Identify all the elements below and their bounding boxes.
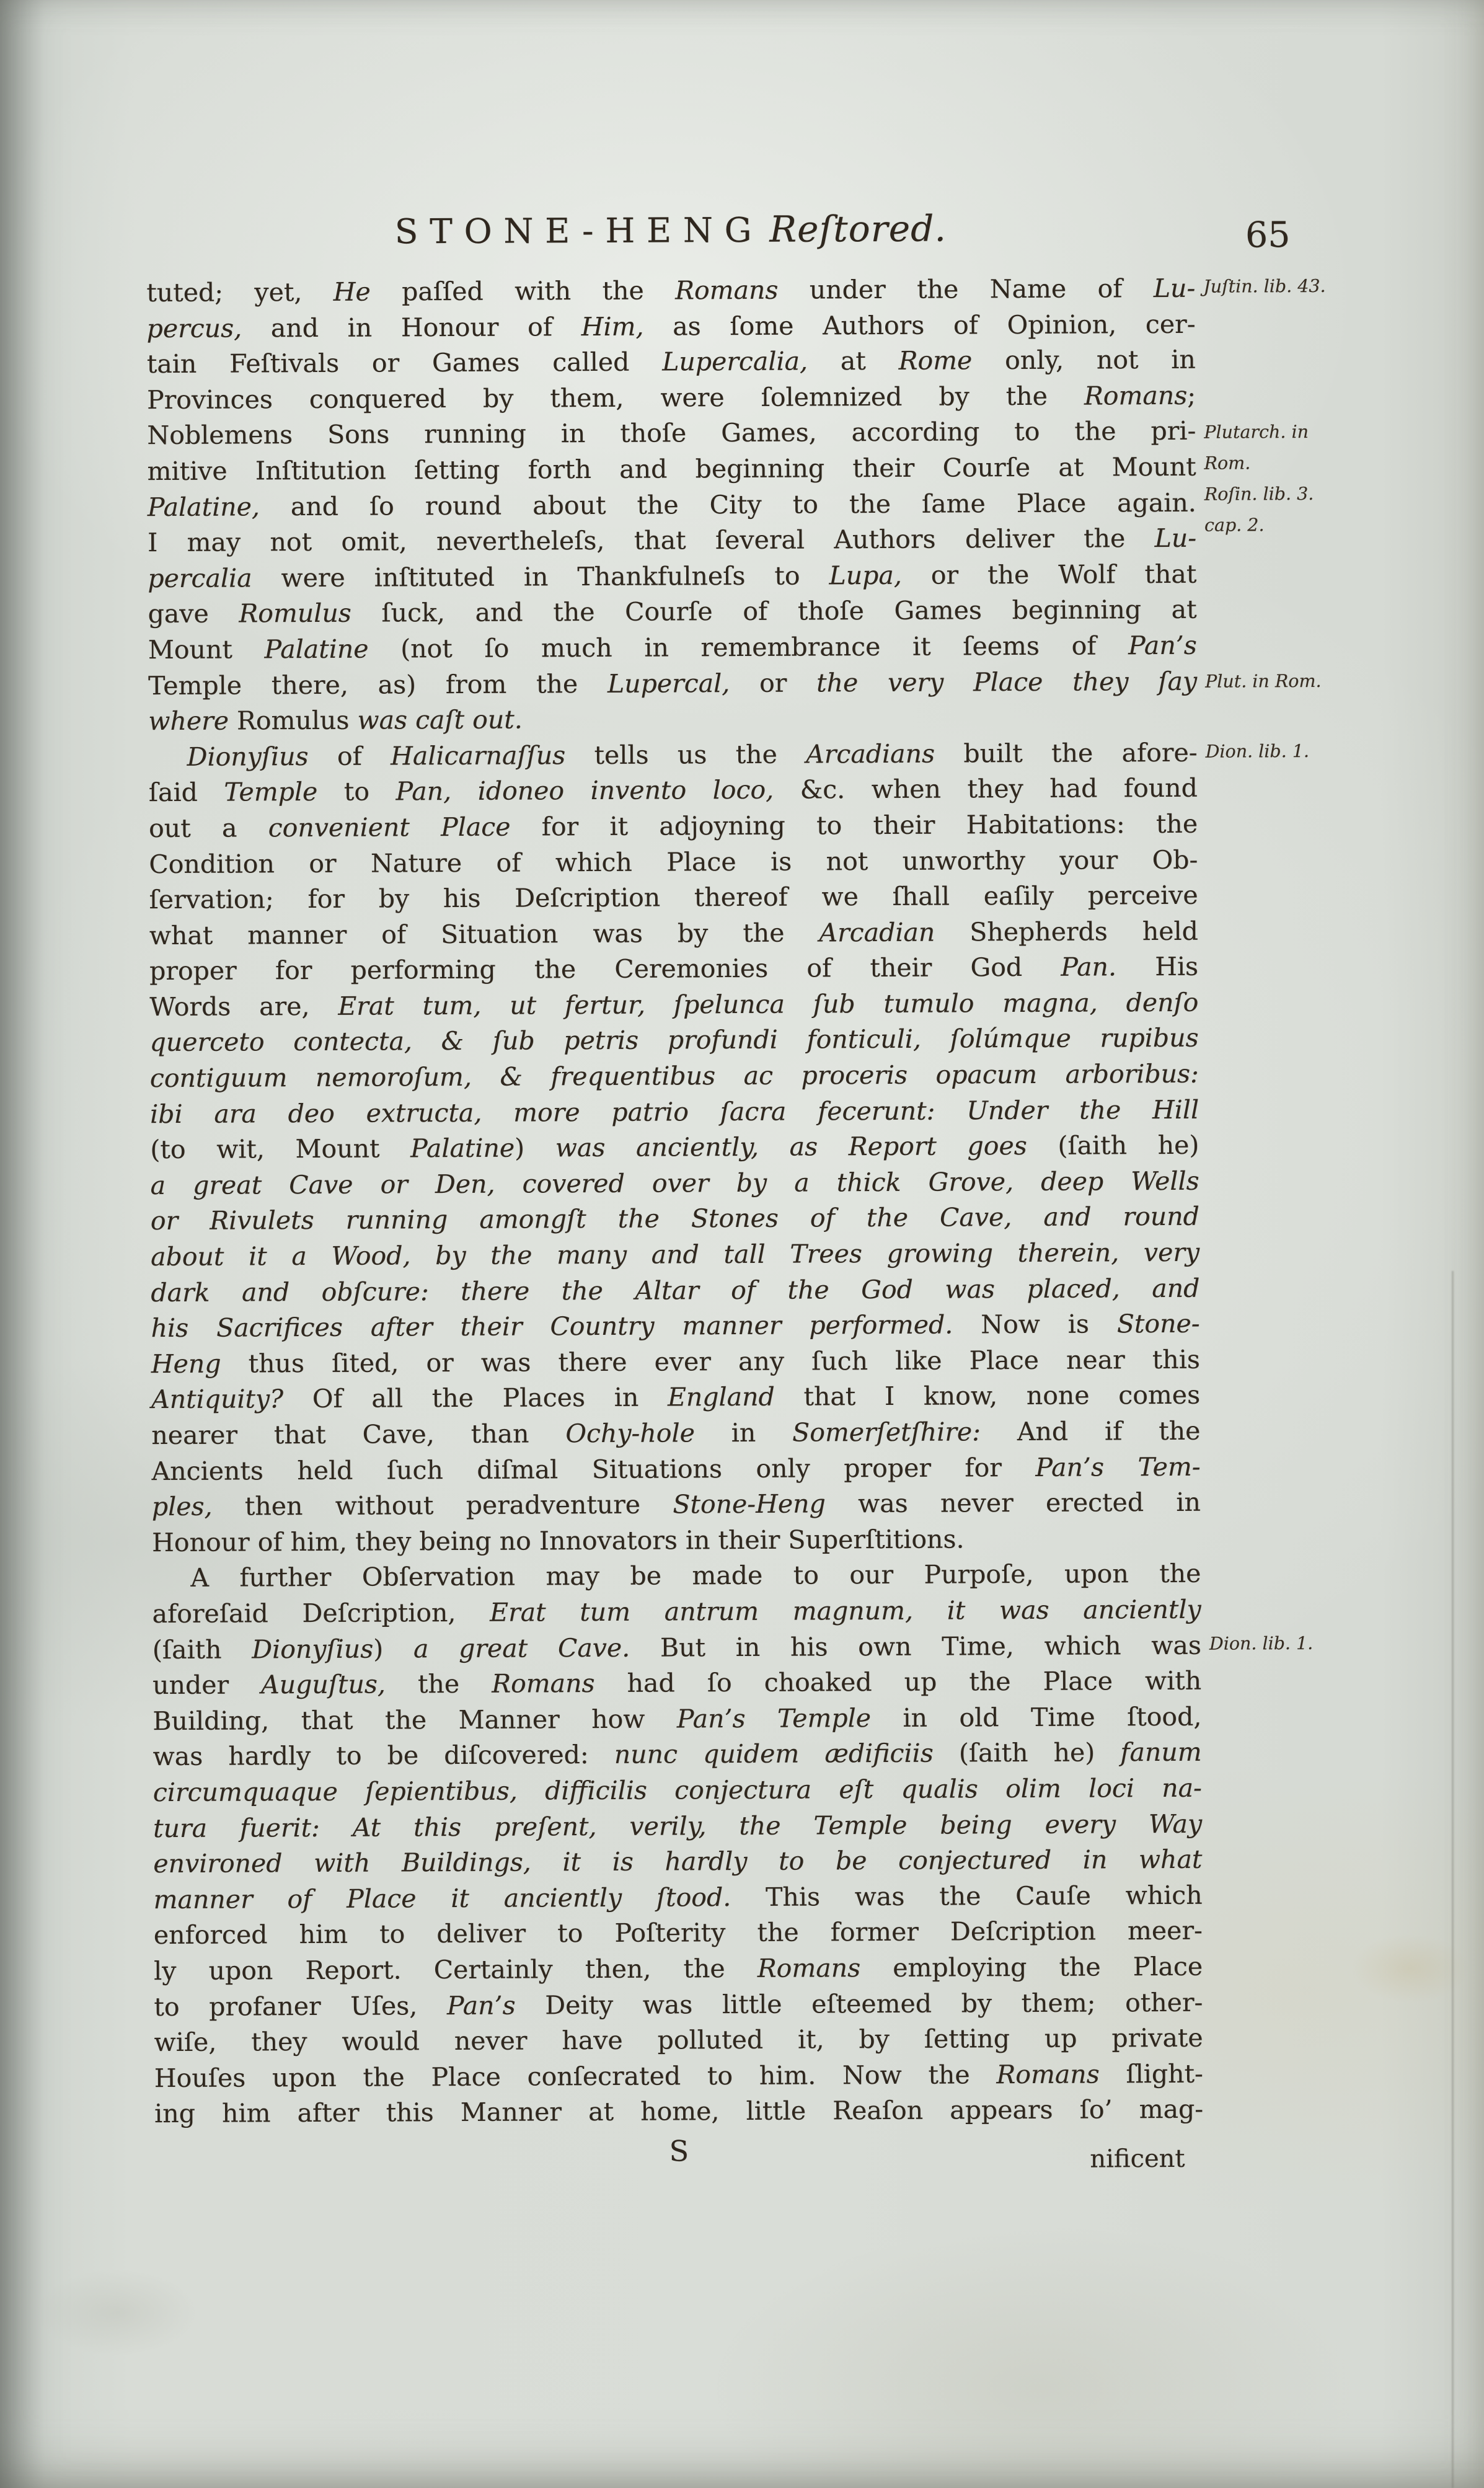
text-line: Condition or Nature of which Place is no… [149, 842, 1198, 882]
italic-text: querceto contecta, & ſub petris profundi… [149, 1023, 1198, 1057]
italic-text: Erat tum, ut fertur, ſpelunca ſub tumulo… [338, 988, 1198, 1021]
italic-text: circumquaque ſepientibus, difficilis con… [153, 1773, 1202, 1807]
roman-text: gave [148, 599, 239, 629]
italic-text: Auguſtus, [261, 1670, 386, 1700]
roman-text [320, 1812, 353, 1842]
text-line: mitive Inſtitution ſetting forth and beg… [147, 449, 1196, 490]
text-line: aforeſaid Deſcription, Erat tum antrum m… [152, 1592, 1201, 1632]
text-line: ſervation; for by his Deſcription thereo… [149, 878, 1198, 918]
italic-text: Palatine [264, 634, 368, 665]
italic-text: Temple [224, 777, 317, 807]
roman-text: Romulus [229, 706, 358, 736]
italic-text: Romans [996, 2059, 1100, 2089]
text-line: Honour of him, they being no Innovators … [152, 1521, 1201, 1561]
roman-text: ſlight- [1100, 2058, 1203, 2089]
roman-text: (ſaith [152, 1634, 252, 1665]
roman-text: in old Time ſtood, [871, 1702, 1202, 1733]
roman-text: tuted; yet, [146, 277, 333, 308]
margin-note-line: Juſtin. lib. 43. [1203, 271, 1326, 303]
roman-text: (to wit, Mount [150, 1134, 410, 1165]
italic-text: Halicarnaſſus [391, 740, 565, 771]
text-line: Heng thus ſited, or was there ever any ſ… [151, 1342, 1200, 1383]
roman-text: Of all the Places in [283, 1383, 668, 1414]
italic-text: his Sacrifices after their Country manne… [151, 1310, 953, 1344]
roman-text: (ſaith he) [934, 1738, 1121, 1768]
text-line: percalia were inſtituted in Thankfulneſs… [148, 557, 1196, 597]
text-line: Words are, Erat tum, ut fertur, ſpelunca… [149, 985, 1198, 1025]
italic-text: Rome [898, 346, 972, 376]
text-line: was hardly to be diſcovered: nunc quidem… [152, 1735, 1201, 1775]
roman-text: Mount [148, 634, 265, 665]
italic-text: manner of Place it anciently ſtood. [153, 1882, 731, 1915]
text-line: circumquaque ſepientibus, difficilis con… [153, 1771, 1202, 1811]
roman-text: were inſtituted in Thankfulneſs to [252, 560, 829, 593]
header-title-italic: Reſtored. [769, 208, 947, 250]
margin-note: Juſtin. lib. 43. [1203, 271, 1326, 303]
roman-text: ) [515, 1133, 555, 1163]
roman-text: enforced him to deliver to Poſterity the… [154, 1916, 1203, 1950]
italic-text: was caſt out. [357, 705, 523, 735]
italic-text: England [668, 1382, 775, 1412]
italic-text: contiguum nemoroſum, & frequentibus ac p… [150, 1059, 1199, 1093]
roman-text: for it adjoyning to their Habitations: t… [510, 809, 1198, 842]
italic-text: Heng [151, 1348, 221, 1378]
italic-text: Pan’s [1128, 631, 1197, 660]
margin-note-line: Roſin. lib. 3. [1204, 479, 1314, 510]
italic-text: Somerſetſhire: [792, 1417, 981, 1447]
catchword: nificent [1090, 2144, 1185, 2174]
italic-text: Lupa, [829, 560, 902, 591]
italic-text: tura fuerit: [153, 1813, 320, 1843]
italic-text: Palatine [410, 1133, 515, 1164]
roman-text: as ſome Authors of Opinion, cer- [643, 309, 1195, 341]
text-line: gave Romulus ſuck, and the Courſe of tho… [148, 592, 1196, 632]
roman-text: and ſo round about the City to the ſame … [260, 487, 1196, 521]
text-line: tain Feſtivals or Games called Lupercali… [147, 342, 1196, 383]
signature-mark: S [154, 2132, 1203, 2171]
roman-text: thus ſited, or was there ever any ſuch l… [221, 1345, 1200, 1379]
italic-text: nunc quidem ædificiis [614, 1738, 934, 1769]
roman-text: Shepherds held [935, 916, 1198, 947]
roman-text: paſſed with the [371, 275, 676, 306]
text-line: Provinces conquered by them, were ſolemn… [147, 378, 1196, 418]
italic-text: dark and obſcure: there the Altar of the… [151, 1273, 1199, 1307]
text-line: Temple there, as) from the Lupercal, or … [148, 663, 1197, 704]
roman-text: or the Wolf that [902, 559, 1197, 590]
text-line: wiſe, they would never have polluted it,… [154, 2021, 1203, 2061]
roman-text: Deity was little eſteemed by them; other… [515, 1987, 1203, 2020]
text-line: where Romulus was caſt out. [148, 699, 1197, 740]
roman-text: then without peradventure [212, 1490, 673, 1521]
italic-text: Stone-Heng [673, 1489, 826, 1520]
italic-text: Romans [492, 1668, 595, 1699]
text-line: his Sacrifices after their Country manne… [151, 1306, 1199, 1347]
text-line: A further Obſervation may be made to our… [152, 1556, 1201, 1596]
roman-text: in [695, 1418, 793, 1448]
margin-note-line: Dion. lib. 1. [1209, 1628, 1314, 1660]
roman-text: A further Obſervation may be made to our… [190, 1559, 1201, 1593]
roman-text: was hardly to be diſcovered: [152, 1740, 614, 1771]
text-line: Building, that the Manner how Pan’s Temp… [152, 1699, 1201, 1740]
italic-text: Pan’s Temple [677, 1703, 871, 1733]
roman-text: proper for performing the Ceremonies of … [149, 952, 1061, 986]
roman-text: wiſe, they would never have polluted it,… [154, 2023, 1203, 2057]
roman-text: built the afore- [935, 738, 1198, 769]
text-line: Ancients held ſuch diſmal Situations onl… [151, 1449, 1200, 1489]
text-line: ſaid Temple to Pan, idoneo invento loco,… [149, 771, 1198, 811]
text-line: nearer that Cave, than Ochy-hole in Some… [151, 1414, 1200, 1454]
text-line: environed with Buildings, it is hardly t… [153, 1842, 1202, 1882]
roman-text: of [308, 741, 391, 771]
italic-text: Arcadian [819, 917, 935, 947]
text-line: (to wit, Mount Palatine) was anciently, … [150, 1128, 1199, 1168]
roman-text: Provinces conquered by them, were ſolemn… [147, 381, 1084, 415]
roman-text: ; [1187, 381, 1196, 410]
italic-text: Pan. [1061, 952, 1116, 982]
margin-note-line: Plutarch. in [1204, 417, 1314, 448]
italic-text: fanum [1120, 1737, 1202, 1768]
italic-text: ples, [152, 1492, 213, 1521]
italic-text: the very Place they ſay [816, 666, 1197, 697]
roman-text: Honour of him, they being no Innovators … [152, 1524, 965, 1557]
italic-text: Dionyſius [252, 1634, 373, 1664]
text-line: about it a Wood, by the many and tall Tr… [151, 1235, 1199, 1275]
roman-text: I may not omit, nevertheleſs, that ſever… [148, 523, 1155, 557]
roman-text: &c. when they had found [774, 773, 1198, 805]
roman-text: His [1116, 952, 1198, 982]
roman-text: nearer that Cave, than [151, 1419, 565, 1450]
italic-text: Romulus [239, 598, 351, 629]
signature-line: S nificent [154, 2128, 1203, 2171]
text-line: I may not omit, nevertheleſs, that ſever… [148, 521, 1196, 561]
text-line: proper for performing the Ceremonies of … [149, 949, 1198, 989]
margin-note: Plutarch. inRom.Roſin. lib. 3.cap. 2. [1204, 417, 1314, 541]
text-line: dark and obſcure: there the Altar of the… [151, 1270, 1199, 1311]
text-block: tuted; yet, He paſſed with the Romans un… [146, 271, 1203, 2171]
roman-text: was never erected in [826, 1487, 1201, 1519]
italic-text: Pan’s Tem- [1035, 1451, 1201, 1482]
italic-text: ibi ara deo extructa, more patrio ſacra … [150, 1096, 935, 1129]
italic-text: Lupercal, [607, 668, 730, 699]
roman-text: Building, that the Manner how [152, 1704, 677, 1736]
page-number: 65 [1245, 215, 1291, 255]
margin-note-line: Dion. lib. 1. [1205, 736, 1309, 768]
paragraph: tuted; yet, He paſſed with the Romans un… [146, 271, 1197, 740]
margin-note: Dion. lib. 1. [1205, 736, 1309, 768]
paragraph: Dionyſius of Halicarnaſſus tells us the … [148, 735, 1201, 1561]
italic-text: Palatine, [148, 492, 260, 522]
italic-text: a great Cave or Den, covered over by a t… [150, 1166, 1199, 1200]
italic-text: Him, [581, 311, 644, 341]
roman-text: ) [373, 1634, 413, 1663]
running-header: STONE-HENGReſtored. [146, 206, 1195, 253]
roman-text: Ancients held ſuch diſmal Situations onl… [151, 1453, 1035, 1486]
page-content: STONE-HENGReſtored. 65 Juſtin. lib. 43.P… [0, 0, 1484, 2488]
roman-text: and in Honour of [242, 312, 581, 343]
italic-text: At this preſent, verily, the Temple bein… [353, 1808, 1203, 1842]
italic-text: percalia [148, 563, 252, 593]
paragraph: A further Obſervation may be made to our… [152, 1556, 1203, 2132]
italic-text: Romans [675, 275, 779, 306]
italic-text: Ochy-hole [565, 1418, 695, 1448]
text-line: out a convenient Place for it adjoyning … [149, 807, 1198, 847]
italic-text: convenient Place [268, 812, 511, 843]
roman-text: Noblemens Sons running in thoſe Games, a… [147, 416, 1196, 450]
roman-text: mitive Inſtitution ſetting forth and beg… [147, 452, 1196, 486]
text-line: manner of Place it anciently ſtood. This… [153, 1877, 1202, 1918]
italic-text: Erat tum antrum magnum, it was anciently [490, 1595, 1201, 1627]
roman-text: ſervation; for by his Deſcription thereo… [149, 880, 1198, 914]
italic-text: Pan, idoneo invento loco, [395, 775, 774, 807]
text-line: a great Cave or Den, covered over by a t… [150, 1164, 1199, 1204]
roman-text: what manner of Situation was by the [149, 918, 819, 950]
roman-text: ing him after this Manner at home, littl… [154, 2094, 1203, 2128]
roman-text: ſaid [149, 777, 224, 808]
text-line: ing him after this Manner at home, littl… [154, 2092, 1203, 2132]
italic-text: percus, [146, 313, 242, 343]
text-line: Antiquity? Of all the Places in England … [151, 1378, 1200, 1418]
italic-text: Pan’s [447, 1990, 516, 2020]
roman-text: This was the Cauſe which [731, 1880, 1203, 1911]
roman-text: Houſes upon the Place conſecrated to him… [154, 2060, 997, 2093]
header-title-caps: STONE-HENG [395, 210, 764, 252]
roman-text: that I know, none comes [775, 1380, 1201, 1412]
text-line: what manner of Situation was by the Arca… [149, 913, 1198, 954]
roman-text: only, not in [972, 345, 1196, 376]
text-line: to profaner Uſes, Pan’s Deity was little… [154, 1985, 1203, 2025]
italic-text: Lupercalia, [662, 347, 808, 377]
roman-text: (not ſo much in remembrance it ſeems of [368, 631, 1128, 663]
text-line: ly upon Report. Certainly then, the Roma… [154, 1949, 1203, 1990]
roman-text: tells us the [565, 739, 806, 770]
roman-text: to profaner Uſes, [154, 1991, 447, 2022]
italic-text: Under the Hill [966, 1094, 1199, 1125]
text-line: Dionyſius of Halicarnaſſus tells us the … [148, 735, 1197, 776]
roman-text: the [386, 1669, 492, 1699]
text-line: ibi ara deo extructa, more patrio ſacra … [150, 1092, 1199, 1132]
margin-note-line: Rom. [1204, 448, 1314, 479]
roman-text: employing the Place [860, 1952, 1203, 1983]
text-line: (ſaith Dionyſius) a great Cave. But in h… [152, 1627, 1201, 1668]
text-line: Palatine, and ſo round about the City to… [148, 485, 1196, 525]
text-line: tuted; yet, He paſſed with the Romans un… [146, 271, 1195, 311]
roman-text: ſuck, and the Courſe of thoſe Games begi… [351, 595, 1197, 628]
italic-text: Antiquity? [151, 1384, 283, 1415]
roman-text: aforeſaid Deſcription, [152, 1598, 490, 1629]
margin-note: Plut. in Rom. [1205, 666, 1322, 697]
roman-text: to [317, 777, 395, 807]
italic-text: Dionyſius [187, 742, 308, 772]
italic-text: Romans [757, 1953, 861, 1983]
roman-text: had ſo choaked up the Place with [594, 1666, 1201, 1698]
margin-note-line: Plut. in Rom. [1205, 666, 1322, 697]
italic-text: Stone- [1117, 1309, 1200, 1339]
text-line: contiguum nemoroſum, & frequentibus ac p… [150, 1056, 1199, 1097]
roman-text: out a [149, 813, 268, 843]
text-line: querceto contecta, & ſub petris profundi… [149, 1020, 1198, 1061]
roman-text: under [152, 1670, 261, 1701]
text-line: percus, and in Honour of Him, as ſome Au… [146, 306, 1195, 347]
text-line: enforced him to deliver to Poſterity the… [154, 1913, 1203, 1954]
roman-text: or [730, 668, 816, 698]
roman-text: at [808, 346, 899, 376]
italic-text: where [148, 706, 229, 737]
roman-text [935, 1096, 966, 1125]
roman-text: (ſaith he) [1027, 1130, 1199, 1161]
roman-text: ly upon Report. Certainly then, the [154, 1954, 757, 1986]
text-line: Noblemens Sons running in thoſe Games, a… [147, 414, 1196, 454]
roman-text: Condition or Nature of which Place is no… [149, 844, 1198, 879]
text-line: Houſes upon the Place conſecrated to him… [154, 2056, 1203, 2096]
text-line: Mount Palatine (not ſo much in remembran… [148, 628, 1197, 668]
italic-text: Romans [1084, 381, 1188, 411]
roman-text: tain Feſtivals or Games called [147, 347, 663, 379]
text-line: ples, then without peradventure Stone-He… [152, 1485, 1201, 1525]
roman-text: Now is [953, 1309, 1117, 1340]
text-line: under Auguſtus, the Romans had ſo choake… [152, 1663, 1201, 1704]
text-line: or Rivulets running amongſt the Stones o… [151, 1199, 1199, 1239]
italic-text: Lu- [1154, 523, 1196, 553]
margin-note: Dion. lib. 1. [1209, 1628, 1314, 1660]
roman-text: under the Name of [778, 273, 1154, 305]
italic-text: or Rivulets running amongſt the Stones o… [151, 1202, 1199, 1236]
italic-text: was anciently, as Report goes [555, 1131, 1027, 1162]
italic-text: Lu- [1154, 273, 1196, 303]
italic-text: a great Cave. [413, 1632, 630, 1663]
roman-text: But in his own Time, which was [630, 1630, 1201, 1662]
italic-text: Arcadians [806, 738, 935, 769]
roman-text: Words are, [149, 991, 338, 1022]
italic-text: He [333, 277, 371, 307]
italic-text: environed with Buildings, it is hardly t… [153, 1844, 1202, 1879]
text-line: tura fuerit: At this preſent, verily, th… [153, 1806, 1202, 1846]
margin-note-line: cap. 2. [1204, 510, 1314, 541]
roman-text: And if the [981, 1416, 1201, 1447]
italic-text: about it a Wood, by the many and tall Tr… [151, 1237, 1199, 1272]
roman-text: Temple there, as) from the [148, 668, 607, 700]
